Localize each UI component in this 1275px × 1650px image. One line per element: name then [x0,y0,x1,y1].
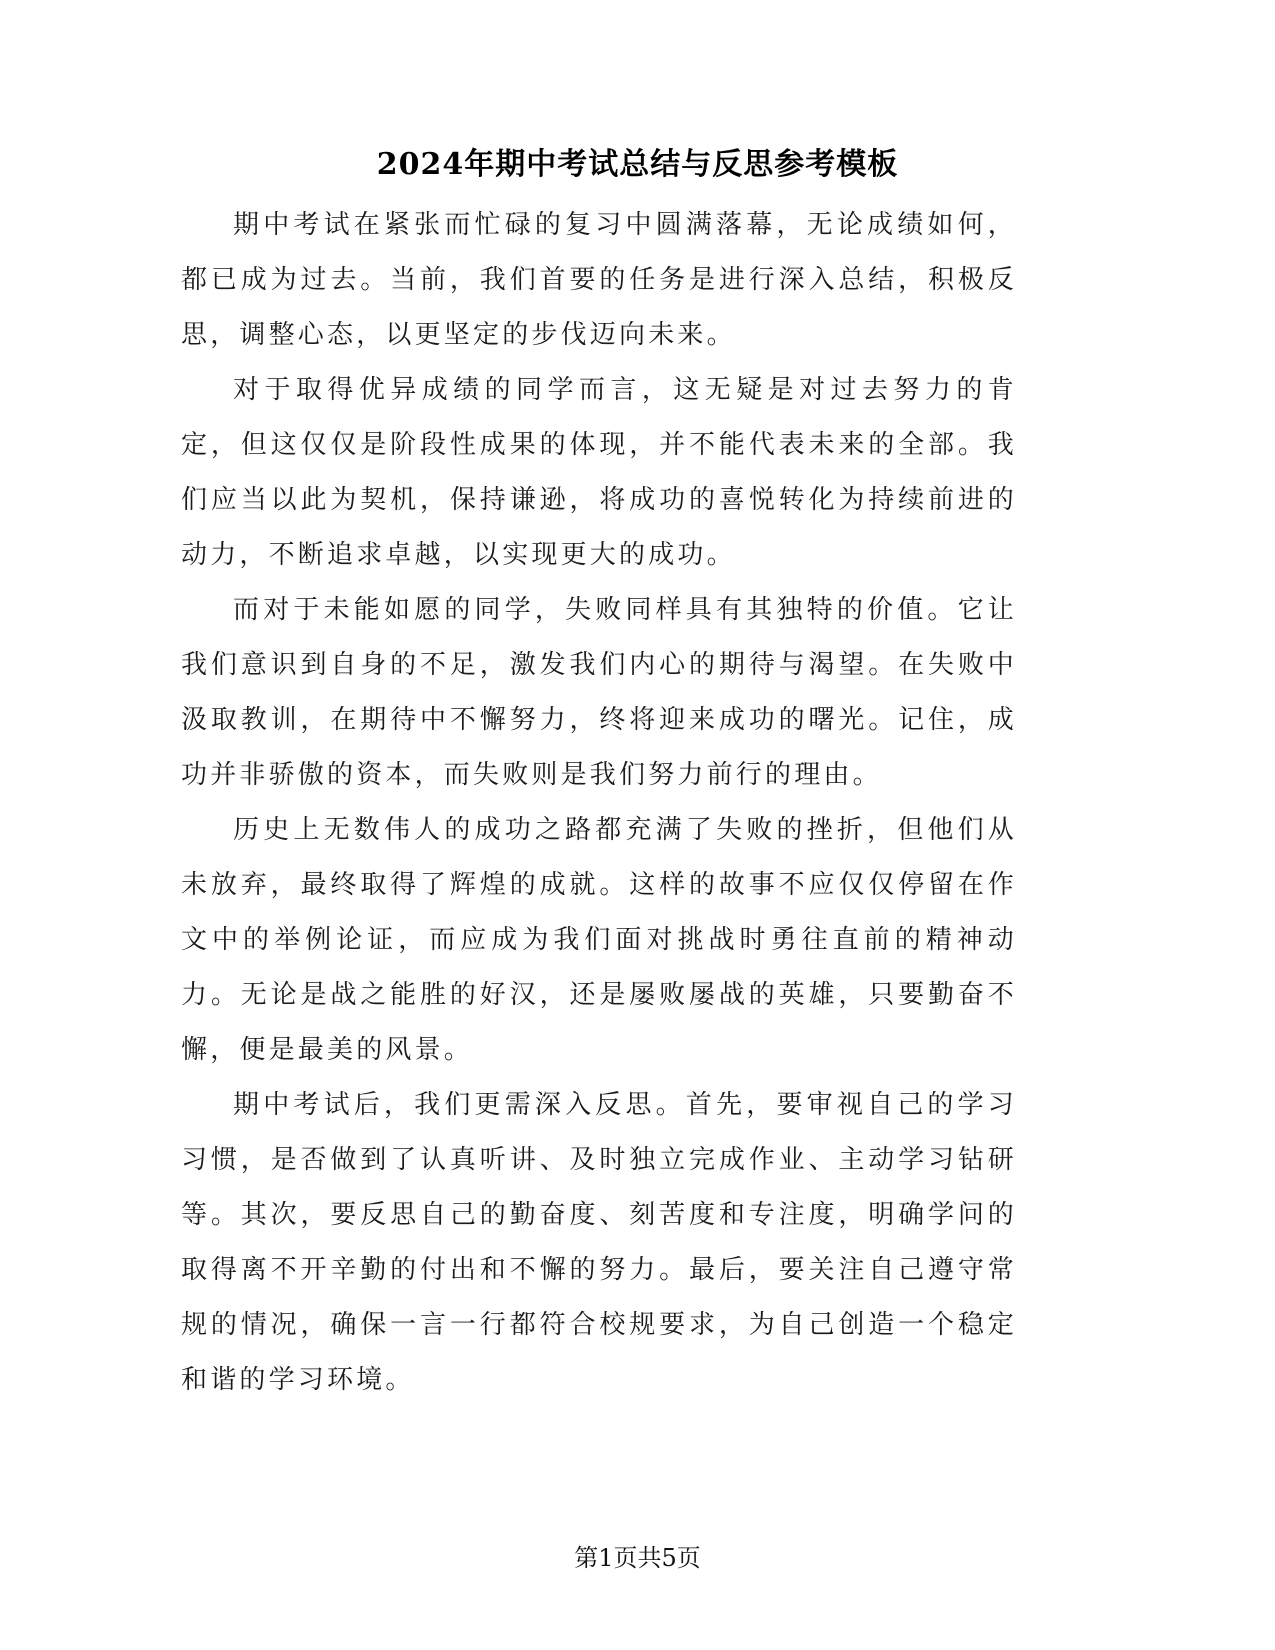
paragraph-reflection: 期中考试后，我们更需深入反思。首先，要审视自己的学习习惯，是否做到了认真听讲、及… [181,1078,1017,1408]
page-number-footer: 第1页共5页 [0,1538,1275,1578]
paragraph-unsuccessful-students: 而对于未能如愿的同学，失败同样具有其独特的价值。它让我们意识到自身的不足，激发我… [181,583,1017,803]
document-body: 期中考试在紧张而忙碌的复习中圆满落幕，无论成绩如何，都已成为过去。当前，我们首要… [181,198,1017,1408]
paragraph-intro: 期中考试在紧张而忙碌的复习中圆满落幕，无论成绩如何，都已成为过去。当前，我们首要… [181,198,1017,363]
document-title: 2024年期中考试总结与反思参考模板 [0,140,1275,190]
document-page: 2024年期中考试总结与反思参考模板 期中考试在紧张而忙碌的复习中圆满落幕，无论… [0,0,1275,1650]
paragraph-excellent-students: 对于取得优异成绩的同学而言，这无疑是对过去努力的肯定，但这仅仅是阶段性成果的体现… [181,363,1017,583]
paragraph-historical-examples: 历史上无数伟人的成功之路都充满了失败的挫折，但他们从未放弃，最终取得了辉煌的成就… [181,803,1017,1078]
